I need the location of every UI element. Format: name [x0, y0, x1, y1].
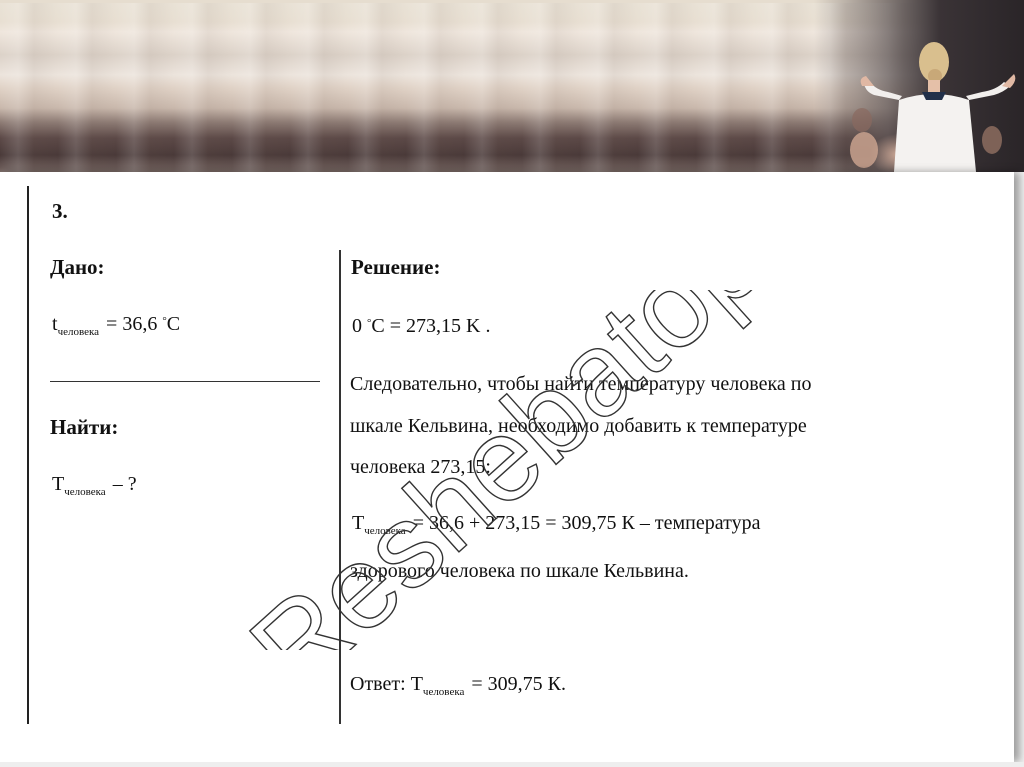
zero-conversion: C = 273,15 K .	[371, 315, 490, 337]
given-subscript: человека	[58, 326, 99, 338]
find-heading: Найти:	[50, 415, 118, 440]
problem-number: 3.	[52, 199, 68, 224]
solution-formula: Tчеловека = 36,6 + 273,15 = 309,75 К – т…	[352, 512, 760, 537]
find-value: Tчеловека – ?	[52, 473, 137, 498]
solution-paragraph-line-3: человека 273,15:	[350, 456, 491, 479]
given-unit: C	[167, 313, 180, 335]
solution-paragraph-line-1: Следовательно, чтобы найти температуру ч…	[350, 373, 811, 396]
given-heading: Дано:	[50, 255, 105, 280]
solution-formula-continuation: здорового человека по шкале Кельвина.	[350, 560, 689, 583]
left-border-line	[27, 186, 29, 724]
given-find-separator	[50, 381, 320, 382]
given-relation: = 36,6	[101, 313, 162, 335]
answer-value: = 309,75 К.	[466, 673, 566, 695]
header-banner	[0, 0, 1024, 172]
solution-paragraph-line-2: шкале Кельвина, необходимо добавить к те…	[350, 415, 807, 438]
answer-label: Ответ:	[350, 673, 411, 695]
answer-symbol: T	[411, 673, 423, 695]
answer-subscript: человека	[423, 686, 464, 698]
find-rest: – ?	[108, 473, 137, 495]
formula-symbol: T	[352, 512, 364, 534]
given-symbol: t	[52, 313, 58, 335]
given-value: tчеловека = 36,6 °C	[52, 313, 180, 338]
find-subscript: человека	[64, 486, 105, 498]
solution-line-zero-celsius: 0 °C = 273,15 K .	[352, 315, 490, 338]
formula-subscript: человека	[364, 525, 405, 537]
solution-heading: Решение:	[351, 255, 440, 280]
bottom-strip	[0, 762, 1024, 767]
column-divider-line	[339, 250, 341, 724]
find-symbol: T	[52, 473, 64, 495]
zero-value: 0	[352, 315, 367, 337]
flight-attendant-illustration	[814, 0, 1024, 172]
formula-rest: = 36,6 + 273,15 = 309,75 К – температура	[408, 512, 761, 534]
answer-line: Ответ: Tчеловека = 309,75 К.	[350, 673, 566, 698]
